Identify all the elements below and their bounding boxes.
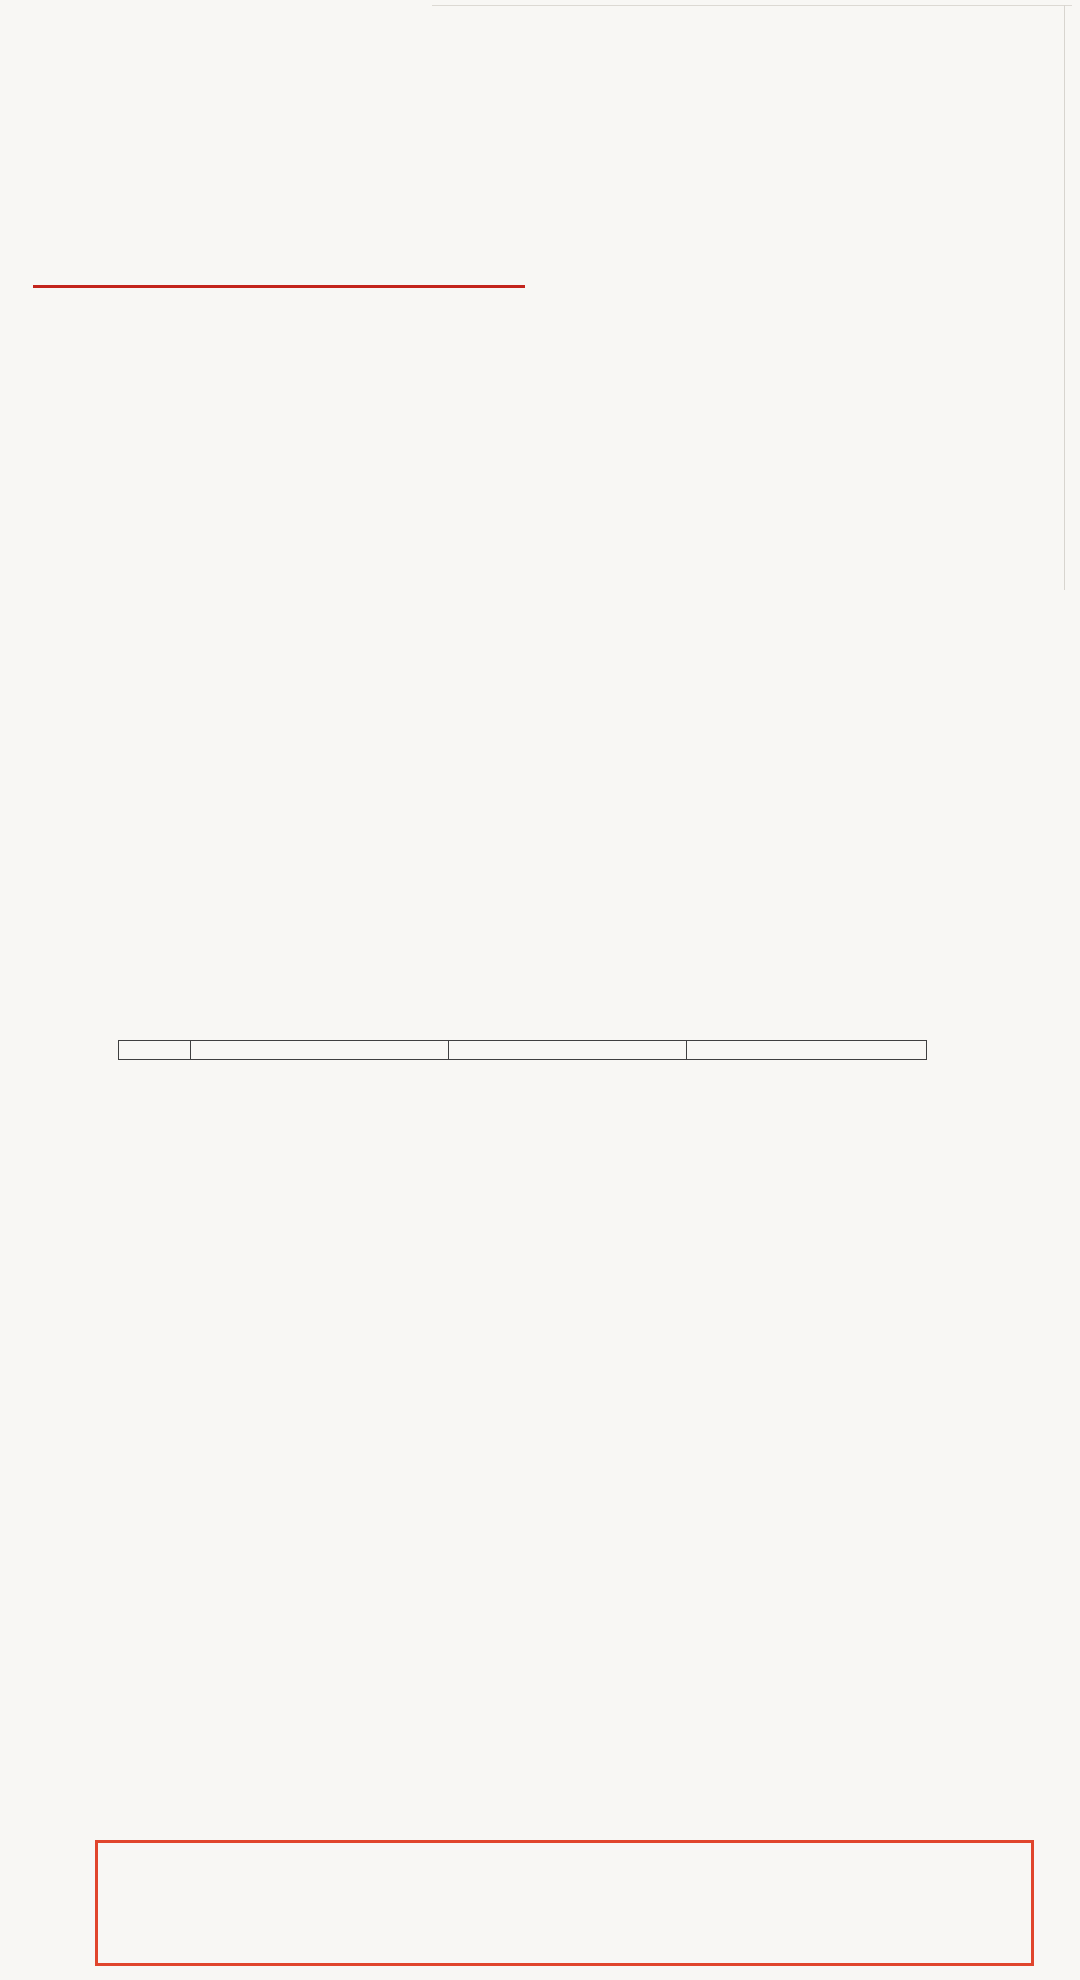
scanned-document-page xyxy=(0,0,1080,1980)
results-table-container xyxy=(118,1040,926,1060)
signature-row xyxy=(600,583,1060,607)
header-company xyxy=(449,1041,687,1060)
results-table xyxy=(118,1040,927,1060)
red-divider-rule xyxy=(33,285,525,288)
scan-edge-top xyxy=(432,5,1072,6)
header-people xyxy=(687,1041,927,1060)
header-serial xyxy=(119,1041,191,1060)
scan-edge-right xyxy=(1064,5,1065,590)
header-project xyxy=(191,1041,449,1060)
table-header-row xyxy=(119,1041,927,1060)
highlight-box-row-60 xyxy=(95,1840,1034,1966)
